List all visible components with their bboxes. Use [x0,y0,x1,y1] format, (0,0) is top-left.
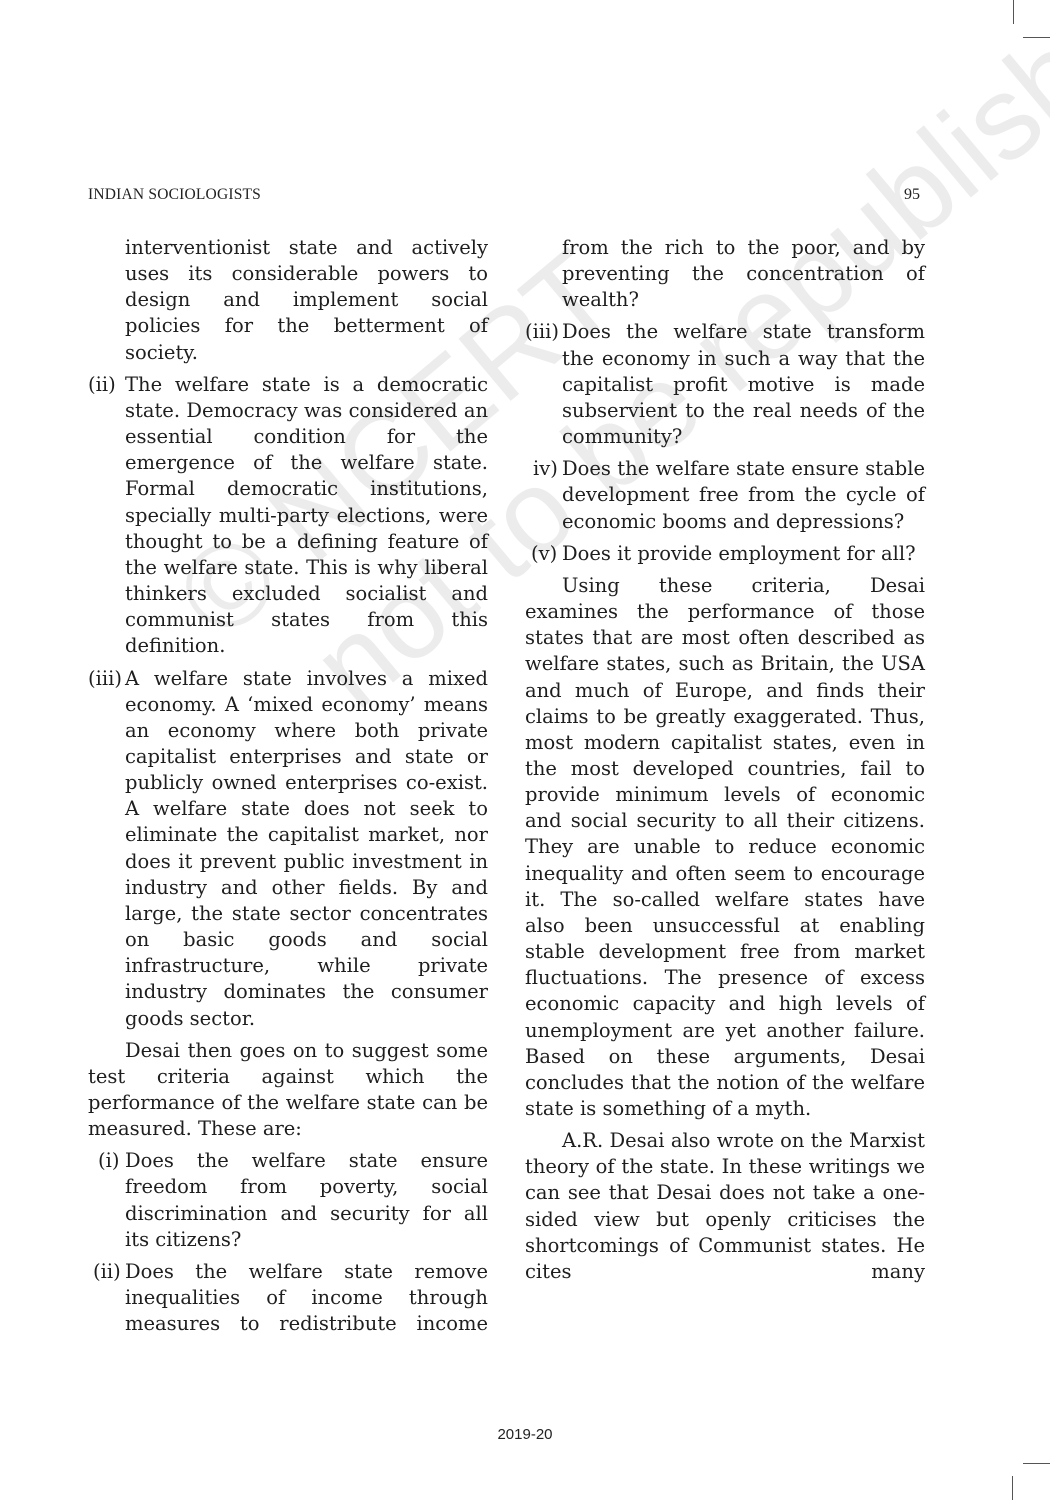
criteria-item-label: (i) [88,1148,125,1253]
left-column: interventionist state and actively uses … [88,235,488,1343]
criteria-item-label: (v) [525,541,562,567]
criteria-item-text: Does the welfare state transform the eco… [562,319,925,450]
continued-item-text: interventionist state and actively uses … [88,235,488,366]
crop-mark-top-horizontal [1023,37,1050,38]
criteria-item-label: iv) [525,456,562,534]
criteria-item-text: Does the welfare state ensure stable dev… [562,456,925,534]
page-number: 95 [904,186,920,204]
criteria-item-text: Does the welfare state ensure freedom fr… [125,1148,488,1253]
list-item: (iii) A welfare state involves a mixed e… [88,666,488,1032]
list-item-label: (ii) [88,372,125,660]
list-item-text: A welfare state involves a mixed economy… [125,666,488,1032]
criteria-item-text: Does it provide employment for all? [562,541,925,567]
body-paragraph: Desai then goes on to suggest some test … [88,1038,488,1143]
crop-mark-bottom-vertical [1012,1476,1013,1500]
criteria-item: iv) Does the welfare state ensure stable… [525,456,925,534]
running-head: INDIAN SOCIOLOGISTS [88,186,261,204]
body-paragraph: A.R. Desai also wrote on the Marxist the… [525,1128,925,1285]
criteria-item: (ii) Does the welfare state remove inequ… [88,1259,488,1337]
crop-mark-bottom-horizontal [1023,1463,1050,1464]
criteria-item: (v) Does it provide employment for all? [525,541,925,567]
criteria-item: (iii) Does the welfare state transform t… [525,319,925,450]
continued-criteria-text: from the rich to the poor, and by preven… [525,235,925,313]
criteria-item-text: Does the welfare state remove inequaliti… [125,1259,488,1337]
criteria-item: (i) Does the welfare state ensure freedo… [88,1148,488,1253]
footer-year: 2019-20 [0,1426,1050,1443]
crop-mark-top-vertical [1013,0,1014,24]
criteria-item-label: (iii) [525,319,562,450]
list-item: (ii) The welfare state is a democratic s… [88,372,488,660]
list-item-label: (iii) [88,666,125,1032]
right-column: from the rich to the poor, and by preven… [525,235,925,1291]
body-paragraph: Using these criteria, Desai examines the… [525,573,925,1122]
list-item-text: The welfare state is a democratic state.… [125,372,488,660]
criteria-item-label: (ii) [88,1259,125,1337]
